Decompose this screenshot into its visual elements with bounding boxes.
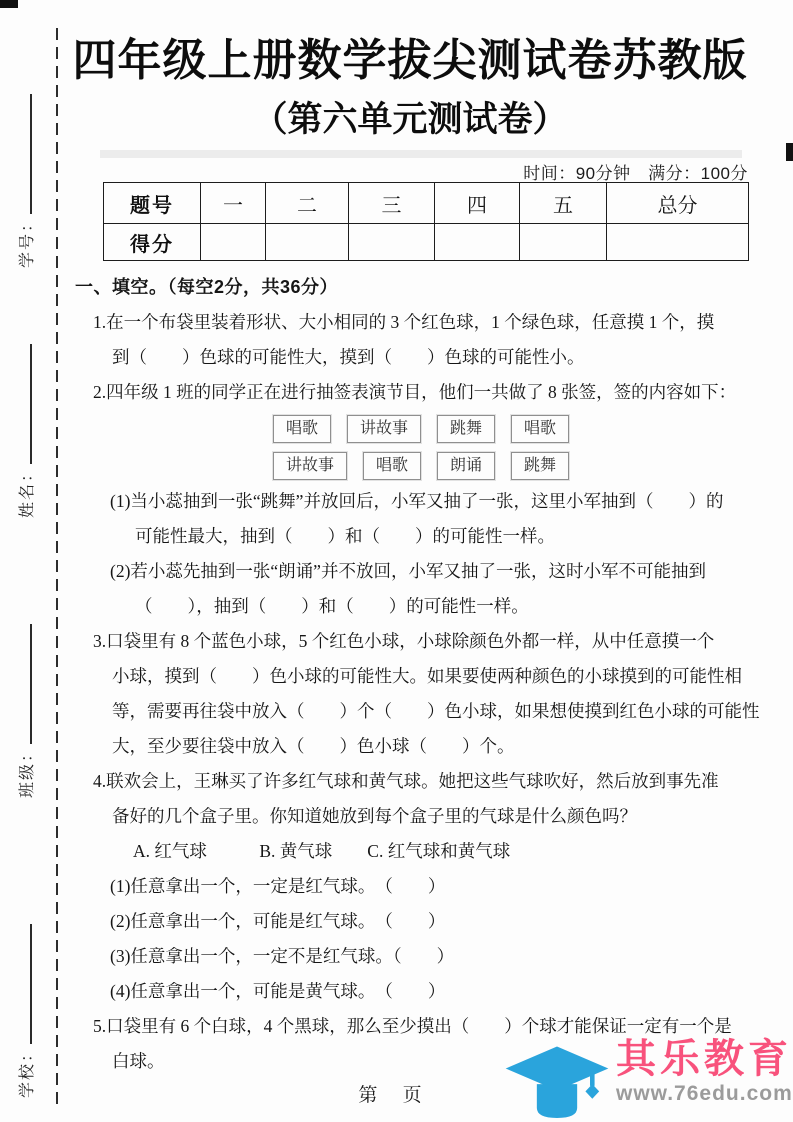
sign-cards-row-2: 讲故事 唱歌 朗诵 跳舞 [75,447,767,484]
test-paper-page: 学号： 姓名： 班级： 学校： 四年级上册数学拔尖测试卷苏教版 （第六单元测试卷… [0,0,793,1122]
logo-text-block: 其乐教育 www.76edu.com [616,1036,793,1106]
student-name-label: 姓名： [19,464,36,518]
student-name-field: 姓名： [14,336,36,518]
class-label: 班级： [19,744,36,798]
sign-card: 跳舞 [511,452,569,480]
score-cell-empty [520,224,607,261]
question-4-statement-4: (4)任意拿出一个，可能是黄气球。 （ ） [75,974,767,1009]
scan-shadow-band [100,150,742,158]
col-header-4: 四 [435,183,520,224]
score-cell-empty [435,224,520,261]
score-cell-empty [349,224,435,261]
fill-in-blank-line [30,94,32,214]
fill-in-blank-line [30,924,32,1044]
col-header-1: 一 [201,183,266,224]
score-table: 题号 一 二 三 四 五 总分 得分 [103,182,749,261]
question-1-line-1: 1.在一个布袋里装着形状、大小相同的 3 个红色球，1 个绿色球，任意摸 1 个… [75,305,767,340]
class-field: 班级： [14,616,36,798]
score-cell-empty [607,224,749,261]
student-id-label: 学号： [19,214,36,268]
score-row-label: 得分 [104,224,201,261]
question-number-header: 题号 [104,183,201,224]
section-heading: 一、填空。（每空2分，共36分） [75,270,767,305]
question-4-line-2: 备好的几个盒子里。你知道她放到每个盒子里的气球是什么颜色吗？ [75,799,767,834]
fill-in-blank-line [30,344,32,464]
question-4-statement-2: (2)任意拿出一个，可能是红气球。 （ ） [75,904,767,939]
question-4-statement-1: (1)任意拿出一个，一定是红气球。 （ ） [75,869,767,904]
scan-artifact-right-edge [786,143,793,161]
question-4-statement-3: (3)任意拿出一个，一定不是红气球。（ ） [75,939,767,974]
question-3-line-3: 等，需要再往袋中放入（ ）个（ ）色小球，如果想使摸到红色小球的可能性 [75,694,767,729]
page-number-label: 第 页 [345,1080,445,1107]
score-table-header-row: 题号 一 二 三 四 五 总分 [104,183,749,224]
sign-cards-row-1: 唱歌 讲故事 跳舞 唱歌 [75,410,767,447]
question-1-line-2: 到（ ）色球的可能性大，摸到（ ）色球的可能性小。 [75,340,767,375]
sign-card: 唱歌 [511,415,569,443]
question-2-sub-2-line-1: (2)若小蕊先抽到一张“朗诵”并不放回，小军又抽了一张，这时小军不可能抽到 [75,554,767,589]
scan-artifact-top-left [0,0,18,8]
question-4-options: A. 红气球 B. 黄气球 C. 红气球和黄气球 [75,834,767,869]
sign-card: 唱歌 [363,452,421,480]
dashed-cut-line [56,28,58,1110]
question-4-line-1: 4.联欢会上，王琳买了许多红气球和黄气球。她把这些气球吹好，然后放到事先准 [75,764,767,799]
sign-card: 讲故事 [347,415,421,443]
question-3-line-4: 大，至少要往袋中放入（ ）色小球（ ）个。 [75,729,767,764]
score-cell-empty [266,224,349,261]
col-header-total: 总分 [607,183,749,224]
question-2-sub-1-line-1: (1)当小蕊抽到一张“跳舞”并放回后，小军又抽了一张，这里小军抽到（ ）的 [75,484,767,519]
col-header-5: 五 [520,183,607,224]
question-2-sub-2-line-2: （ ），抽到（ ）和（ ）的可能性一样。 [75,589,767,624]
col-header-3: 三 [349,183,435,224]
sign-card: 讲故事 [273,452,347,480]
graduation-cap-icon [502,1040,612,1119]
col-header-2: 二 [266,183,349,224]
score-table-score-row: 得分 [104,224,749,261]
score-cell-empty [201,224,266,261]
student-id-field: 学号： [14,86,36,268]
sign-card: 朗诵 [437,452,495,480]
question-2-sub-1-line-2: 可能性最大，抽到（ ）和（ ）的可能性一样。 [75,519,767,554]
school-field: 学校： [14,916,36,1098]
logo-website-url: www.76edu.com [616,1082,793,1106]
sign-card: 唱歌 [273,415,331,443]
page-subtitle: （第六单元测试卷） [60,92,760,142]
page-title: 四年级上册数学拔尖测试卷苏教版 [60,24,760,88]
publisher-logo: 其乐教育 www.76edu.com [502,1036,793,1119]
sign-card: 跳舞 [437,415,495,443]
question-2-line-1: 2.四年级 1 班的同学正在进行抽签表演节目，他们一共做了 8 张签，签的内容如… [75,375,767,410]
fill-in-blank-line [30,624,32,744]
exam-time-score-meta: 时间：90分钟 满分：100分 [523,159,748,184]
question-3-line-1: 3.口袋里有 8 个蓝色小球，5 个红色小球，小球除颜色外都一样，从中任意摸一个 [75,624,767,659]
school-label: 学校： [19,1044,36,1098]
logo-brand-name: 其乐教育 [616,1036,793,1082]
question-3-line-2: 小球，摸到（ ）色小球的可能性大。如果要使两种颜色的小球摸到的可能性相 [75,659,767,694]
question-section: 一、填空。（每空2分，共36分） 1.在一个布袋里装着形状、大小相同的 3 个红… [75,270,767,1079]
